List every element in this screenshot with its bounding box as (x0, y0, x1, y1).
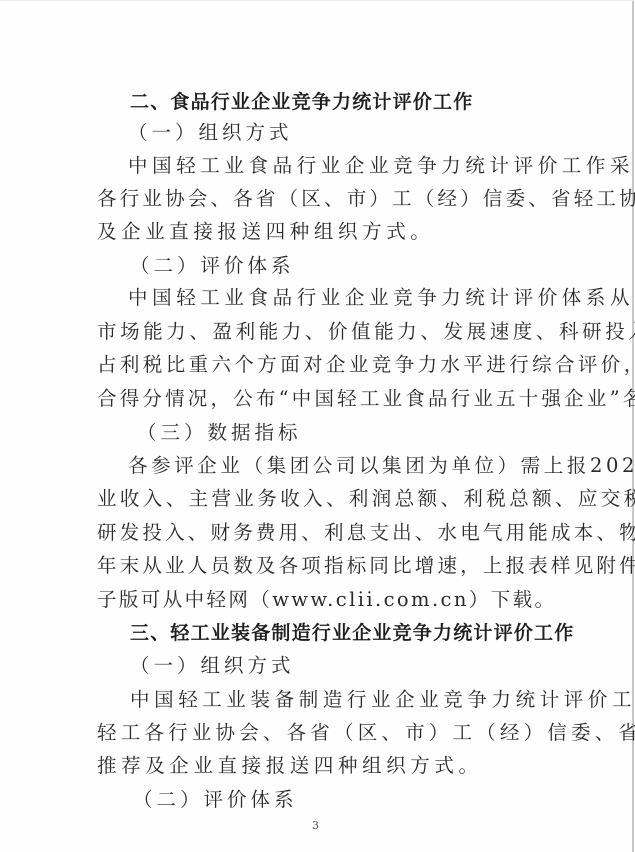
subsection-title-organization: （一）组织方式 (128, 121, 578, 145)
subsection-title-evaluation-system: （二）评价体系 (133, 788, 583, 812)
paragraph-line: 中国轻工业食品行业企业竞争力统计评价体系从企业的 (128, 286, 578, 310)
paragraph-line: 年末从业人员数及各项指标同比增速，上报表样见附件，表样电 (97, 554, 547, 578)
paragraph-line: 研发投入、财务费用、利息支出、水电气用能成本、物流成本、 (97, 521, 547, 545)
page-number: 3 (312, 819, 319, 832)
paragraph-line: 合得分情况，公布“中国轻工业食品行业五十强企业”名单。 (97, 387, 547, 411)
paragraph-line: 各参评企业（集团公司以集团为单位）需上报2024年度营 (128, 454, 578, 478)
paragraph-line: 各行业协会、各省（区、市）工（经）信委、省轻工协会推荐 (97, 187, 547, 211)
subsection-title-organization: （一）组织方式 (130, 654, 580, 678)
paragraph-line: 占利税比重六个方面对企业竞争力水平进行综合评价，根据综 (97, 353, 547, 377)
paragraph-line: 轻工各行业协会、各省（区、市）工（经）信委、省轻工协会 (97, 721, 547, 745)
paragraph-line: 中国轻工业装备制造行业企业竞争力统计评价工作采取 (130, 688, 580, 712)
document-page: 二、食品行业企业竞争力统计评价工作 （一）组织方式 中国轻工业食品行业企业竞争力… (0, 0, 635, 852)
subsection-title-data-indicators: （三）数据指标 (137, 421, 587, 445)
subsection-title-evaluation-system: （二）评价体系 (130, 254, 580, 278)
paragraph-line: 中国轻工业食品行业企业竞争力统计评价工作采取轻工 (128, 154, 578, 178)
paragraph-line-with-link: 子版可从中轻网（www.clii.com.cn）下载。 (97, 588, 547, 612)
paragraph-line: 推荐及企业直接报送四种组织方式。 (97, 754, 547, 778)
section-heading-equipment: 三、轻工业装备制造行业企业竞争力统计评价工作 (130, 621, 580, 645)
paragraph-line: 业收入、主营业务收入、利润总额、利税总额、应交税金、科技 (97, 487, 547, 511)
paragraph-line: 市场能力、盈利能力、价值能力、发展速度、科研投入及税收 (97, 320, 547, 344)
paragraph-line: 及企业直接报送四种组织方式。 (97, 220, 547, 244)
section-heading-food: 二、食品行业企业竞争力统计评价工作 (130, 90, 580, 114)
